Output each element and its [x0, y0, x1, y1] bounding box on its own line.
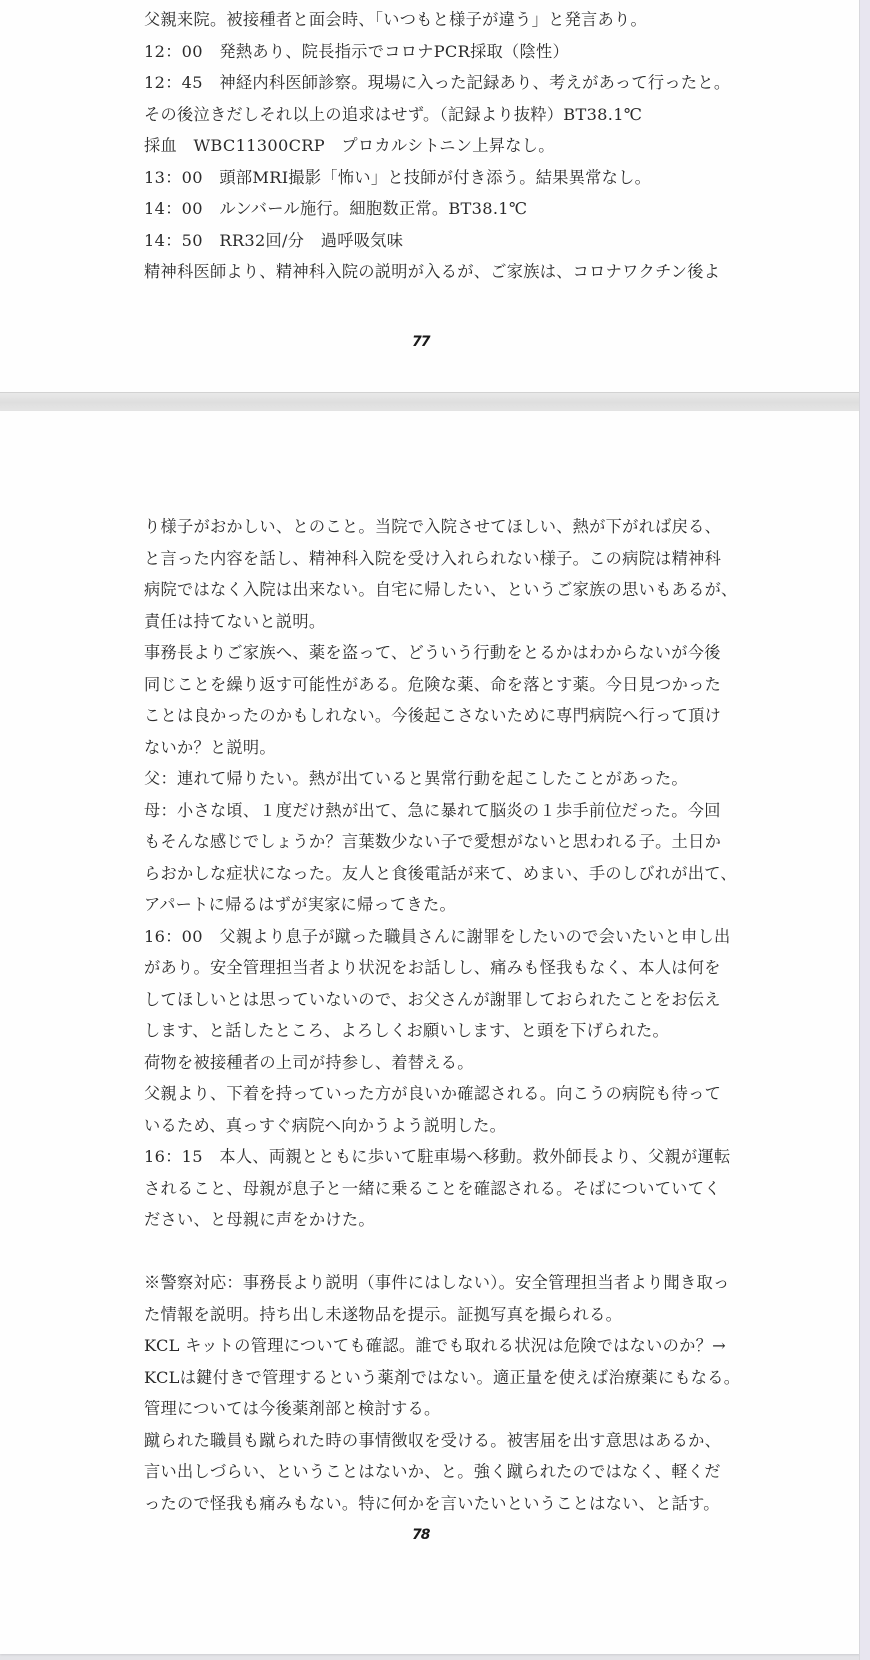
- document-page-77: 父親来院。被接種者と面会時、「いつもと様子が違う」と発言あり。 12：00 発熱…: [0, 0, 860, 392]
- text-line: ※警察対応：事務長より説明（事件にはしない）。安全管理担当者より聞き取っ: [144, 1267, 764, 1299]
- text-line: KCLは鍵付きで管理するという薬剤ではない。適正量を使えば治療薬にもなる。: [144, 1362, 764, 1394]
- blank-line: [144, 1236, 764, 1268]
- text-line: KCL キットの管理についても確認。誰でも取れる状況は危険ではないのか？→: [144, 1330, 764, 1362]
- text-line: いるため、真っすぐ病院へ向かうよう説明した。: [144, 1110, 764, 1142]
- text-line: 14：50 RR32回/分 過呼吸気味: [144, 225, 764, 257]
- text-line: 管理については今後薬剤部と検討する。: [144, 1393, 764, 1425]
- text-line: してほしいとは思っていないので、お父さんが謝罪しておられたことをお伝え: [144, 984, 764, 1016]
- text-line: ださい、と母親に声をかけた。: [144, 1204, 764, 1236]
- page-body-text: り様子がおかしい、とのこと。当院で入院させてほしい、熱が下がれば戻る、 と言った…: [144, 511, 764, 1519]
- text-line: 13：00 頭部MRI撮影「怖い」と技師が付き添う。結果異常なし。: [144, 162, 764, 194]
- text-line: た情報を説明。持ち出し未遂物品を提示。証拠写真を撮られる。: [144, 1299, 764, 1331]
- text-line: 12：45 神経内科医師診察。現場に入った記録あり、考えがあって行ったと。: [144, 67, 764, 99]
- text-line: ことは良かったのかもしれない。今後起こさないために専門病院へ行って頂け: [144, 700, 764, 732]
- text-line: 荷物を被接種者の上司が持参し、着替える。: [144, 1047, 764, 1079]
- text-line: その後泣きだしそれ以上の追求はせず。（記録より抜粋）BT38.1℃: [144, 99, 764, 131]
- page-separator: [0, 392, 860, 413]
- text-line: ったので怪我も痛みもない。特に何かを言いたいということはない、と話す。: [144, 1488, 764, 1520]
- text-line: 12：00 発熱あり、院長指示でコロナPCR採取（陰性）: [144, 36, 764, 68]
- vertical-scrollbar-track[interactable]: [859, 0, 870, 1660]
- text-line: 同じことを繰り返す可能性がある。危険な薬、命を落とす薬。今日見つかった: [144, 669, 764, 701]
- text-line: 14：00 ルンバール施行。細胞数正常。BT38.1℃: [144, 193, 764, 225]
- document-page-78: り様子がおかしい、とのこと。当院で入院させてほしい、熱が下がれば戻る、 と言った…: [0, 411, 860, 1654]
- document-viewer[interactable]: 父親来院。被接種者と面会時、「いつもと様子が違う」と発言あり。 12：00 発熱…: [0, 0, 870, 1660]
- text-line: り様子がおかしい、とのこと。当院で入院させてほしい、熱が下がれば戻る、: [144, 511, 764, 543]
- text-line: らおかしな症状になった。友人と食後電話が来て、めまい、手のしびれが出て、: [144, 858, 764, 890]
- text-line: ないか？と説明。: [144, 732, 764, 764]
- text-line: 16：15 本人、両親とともに歩いて駐車場へ移動。救外師長より、父親が運転: [144, 1141, 764, 1173]
- text-line: 父：連れて帰りたい。熱が出ていると異常行動を起こしたことがあった。: [144, 763, 764, 795]
- text-line: されること、母親が息子と一緒に乗ることを確認される。そばについていてく: [144, 1173, 764, 1205]
- page-body-text: 父親来院。被接種者と面会時、「いつもと様子が違う」と発言あり。 12：00 発熱…: [144, 4, 764, 288]
- text-line: 父親来院。被接種者と面会時、「いつもと様子が違う」と発言あり。: [144, 4, 764, 36]
- page-number: 77: [412, 334, 452, 350]
- text-line: もそんな感じでしょうか？言葉数少ない子で愛想がないと思われる子。土日か: [144, 826, 764, 858]
- text-line: 蹴られた職員も蹴られた時の事情徴収を受ける。被害届を出す意思はあるか、: [144, 1425, 764, 1457]
- text-line: 父親より、下着を持っていった方が良いか確認される。向こうの病院も待って: [144, 1078, 764, 1110]
- text-line: 採血 WBC11300CRP プロカルシトニン上昇なし。: [144, 130, 764, 162]
- text-line: 母：小さな頃、１度だけ熱が出て、急に暴れて脳炎の１歩手前位だった。今回: [144, 795, 764, 827]
- text-line: 事務長よりご家族へ、薬を盗って、どういう行動をとるかはわからないが今後: [144, 637, 764, 669]
- text-line: します、と話したところ、よろしくお願いします、と頭を下げられた。: [144, 1015, 764, 1047]
- text-line: 16：00 父親より息子が蹴った職員さんに謝罪をしたいので会いたいと申し出: [144, 921, 764, 953]
- text-line: と言った内容を話し、精神科入院を受け入れられない様子。この病院は精神科: [144, 543, 764, 575]
- text-line: アパートに帰るはずが実家に帰ってきた。: [144, 889, 764, 921]
- text-line: 責任は持てないと説明。: [144, 606, 764, 638]
- text-line: 病院ではなく入院は出来ない。自宅に帰したい、というご家族の思いもあるが、: [144, 574, 764, 606]
- text-line: 言い出しづらい、ということはないか、と。強く蹴られたのではなく、軽くだ: [144, 1456, 764, 1488]
- text-line: 精神科医師より、精神科入院の説明が入るが、ご家族は、コロナワクチン後よ: [144, 256, 764, 288]
- text-line: があり。安全管理担当者より状況をお話しし、痛みも怪我もなく、本人は何を: [144, 952, 764, 984]
- page-number: 78: [412, 1527, 452, 1543]
